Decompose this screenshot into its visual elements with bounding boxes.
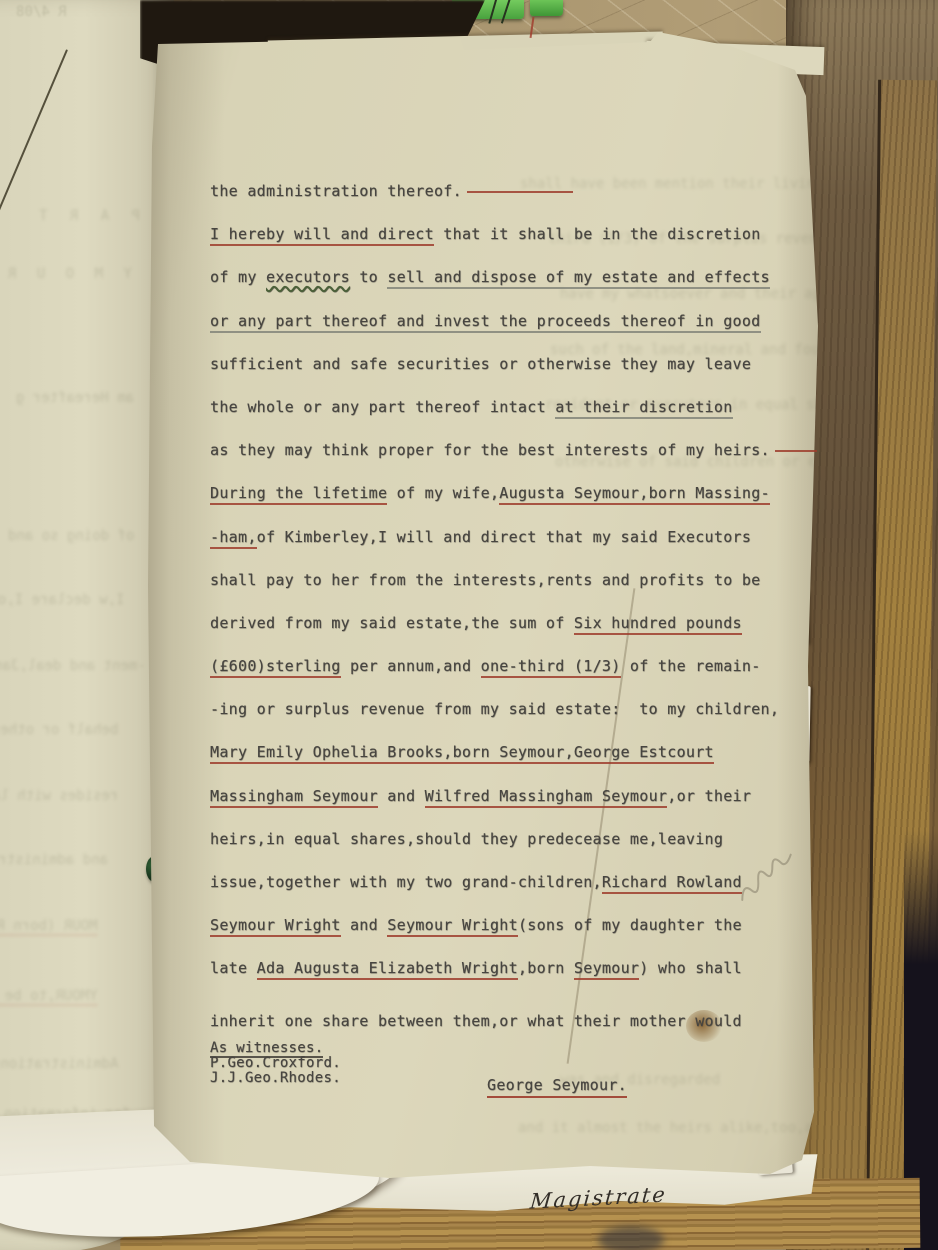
typed-line: late Ada Augusta Elizabeth Wright,born S… [210,959,810,1002]
typed-segment: (£600)sterling [210,657,341,678]
typed-segment: and [341,916,388,934]
typed-segment: Six hundred pounds [574,614,742,635]
typed-segment: Augusta Seymour,born Massing- [499,484,770,505]
typed-segment: of Kimberley,I will and direct that my s… [257,528,752,546]
typed-segment: ,or their [667,787,751,805]
typed-segment: -ham, [210,528,257,549]
typed-line: as they may think proper for the best in… [210,441,810,484]
typed-segment: Mary Emily Ophelia Brooks,born Seymour,G… [210,743,714,764]
typed-segment: late [210,959,257,977]
typed-line: sufficient and safe securities or otherw… [210,355,810,398]
typed-segment: -ing or surplus revenue from my said est… [210,700,779,718]
typed-segment: the administration thereof. [210,182,462,200]
typed-segment: one-third (1/3) [481,657,621,678]
typed-segment: Seymour Wright [387,916,518,937]
ghost-text: Administrations [0,1056,118,1072]
typed-line: heirs,in equal shares,should they predec… [210,830,810,873]
typed-segment [467,191,573,193]
typed-segment: Ada Augusta Elizabeth Wright [257,959,518,980]
typed-segment: executors [266,268,350,286]
typed-lines: the administration thereof.I hereby will… [210,182,810,1085]
typed-segment: the whole or any part thereof intact [210,398,555,416]
typed-segment: of my wife, [387,484,499,502]
typed-line: (£600)sterling per annum,and one-third (… [210,657,810,700]
typed-line: derived from my said estate,the sum of S… [210,614,810,657]
typed-line: Seymour Wright and Seymour Wright(sons o… [210,916,810,959]
typed-segment: ,born [518,959,574,977]
ghost-text: MOUR (born Ro [0,918,98,936]
typed-segment: sell and dispose of my estate and effect… [387,268,770,289]
typed-line: During the lifetime of my wife,Augusta S… [210,484,810,527]
typed-segment: During the lifetime [210,484,387,505]
ghost-text: R 4/08 [16,4,67,20]
typed-segment: J.J.Geo.Rhodes. [210,1070,341,1086]
typed-segment: that it shall be in the discretion [434,225,761,243]
green-clip-icon [530,0,563,16]
typed-segment: Massingham Seymour [210,787,378,808]
ghost-text: and administra [0,852,108,868]
ghost-text: of doing so and [8,528,134,544]
typed-segment: of the remain- [621,657,761,675]
typed-line: the whole or any part thereof intact at … [210,398,810,441]
ghost-text: and it almost the heirs alike,too,answer [518,1120,855,1136]
typed-line: I hereby will and direct that it shall b… [210,225,810,268]
typed-segment: Seymour Wright [210,916,341,937]
typed-segment: Seymour [574,959,639,980]
typed-line: shall pay to her from the interests,rent… [210,571,810,614]
typed-segment: I hereby will and direct [210,225,434,246]
typed-segment: inherit one share between them,or what t… [210,1012,742,1030]
typed-segment: and [378,787,425,805]
typed-segment: Richard Rowland [602,873,742,894]
typed-line: P.Geo.Croxford. [210,1055,810,1070]
typed-segment: issue,together with my two grand-childre… [210,873,602,891]
typed-segment: at their discretion [555,398,732,419]
typed-segment: P.Geo.Croxford. [210,1055,341,1071]
typed-line: of my executors to sell and dispose of m… [210,268,810,311]
ghost-text: -ment and deal,Jan [0,658,146,674]
ghost-text: behalf or other [0,722,118,738]
typed-segment: or any part thereof and invest the proce… [210,312,761,333]
typed-segment: to [350,268,387,286]
ghost-text: YMOUR,to be h [0,988,98,1006]
typed-line: Mary Emily Ophelia Brooks,born Seymour,G… [210,743,810,786]
typed-line: Massingham Seymour and Wilfred Massingha… [210,787,810,830]
ghost-text: I,w declare I,o [0,592,124,608]
typed-line: the administration thereof. [210,182,810,225]
typed-segment: per annum,and [341,657,481,675]
typed-line: As witnesses. [210,1040,810,1055]
typed-segment: heirs,in equal shares,should they predec… [210,830,723,848]
typed-line: inherit one share between them,or what t… [210,1012,810,1040]
typed-segment: ) who shall [639,959,742,977]
typed-segment: shall pay to her from the interests,rent… [210,571,761,589]
typed-line: issue,together with my two grand-childre… [210,873,810,916]
typed-segment: Wilfred Massingham Seymour [425,787,668,808]
typed-segment: (sons of my daughter the [518,916,742,934]
left-page: P A R TS E Y M O U Ram Hereafter gof doi… [0,0,174,1250]
typed-segment [775,450,817,452]
ghost-text: P A R T [32,208,140,224]
testator-signature: George Seymour. [487,1076,627,1098]
typed-segment: as they may think proper for the best in… [210,441,770,459]
typed-segment: sufficient and safe securities or otherw… [210,355,751,373]
typed-line: -ham,of Kimberley,I will and direct that… [210,528,810,571]
typed-line: or any part thereof and invest the proce… [210,312,810,355]
typed-line: -ing or surplus revenue from my said est… [210,700,810,743]
shadow-blob [598,1226,664,1250]
photo-typewritten-will: { "document": { "lines": [ {"cls":"", "s… [0,0,938,1250]
ghost-text: resides with la [0,788,118,804]
ghost-text: am Hereafter g [16,390,134,406]
typed-segment: of my [210,268,266,286]
typed-segment: derived from my said estate,the sum of [210,614,574,632]
